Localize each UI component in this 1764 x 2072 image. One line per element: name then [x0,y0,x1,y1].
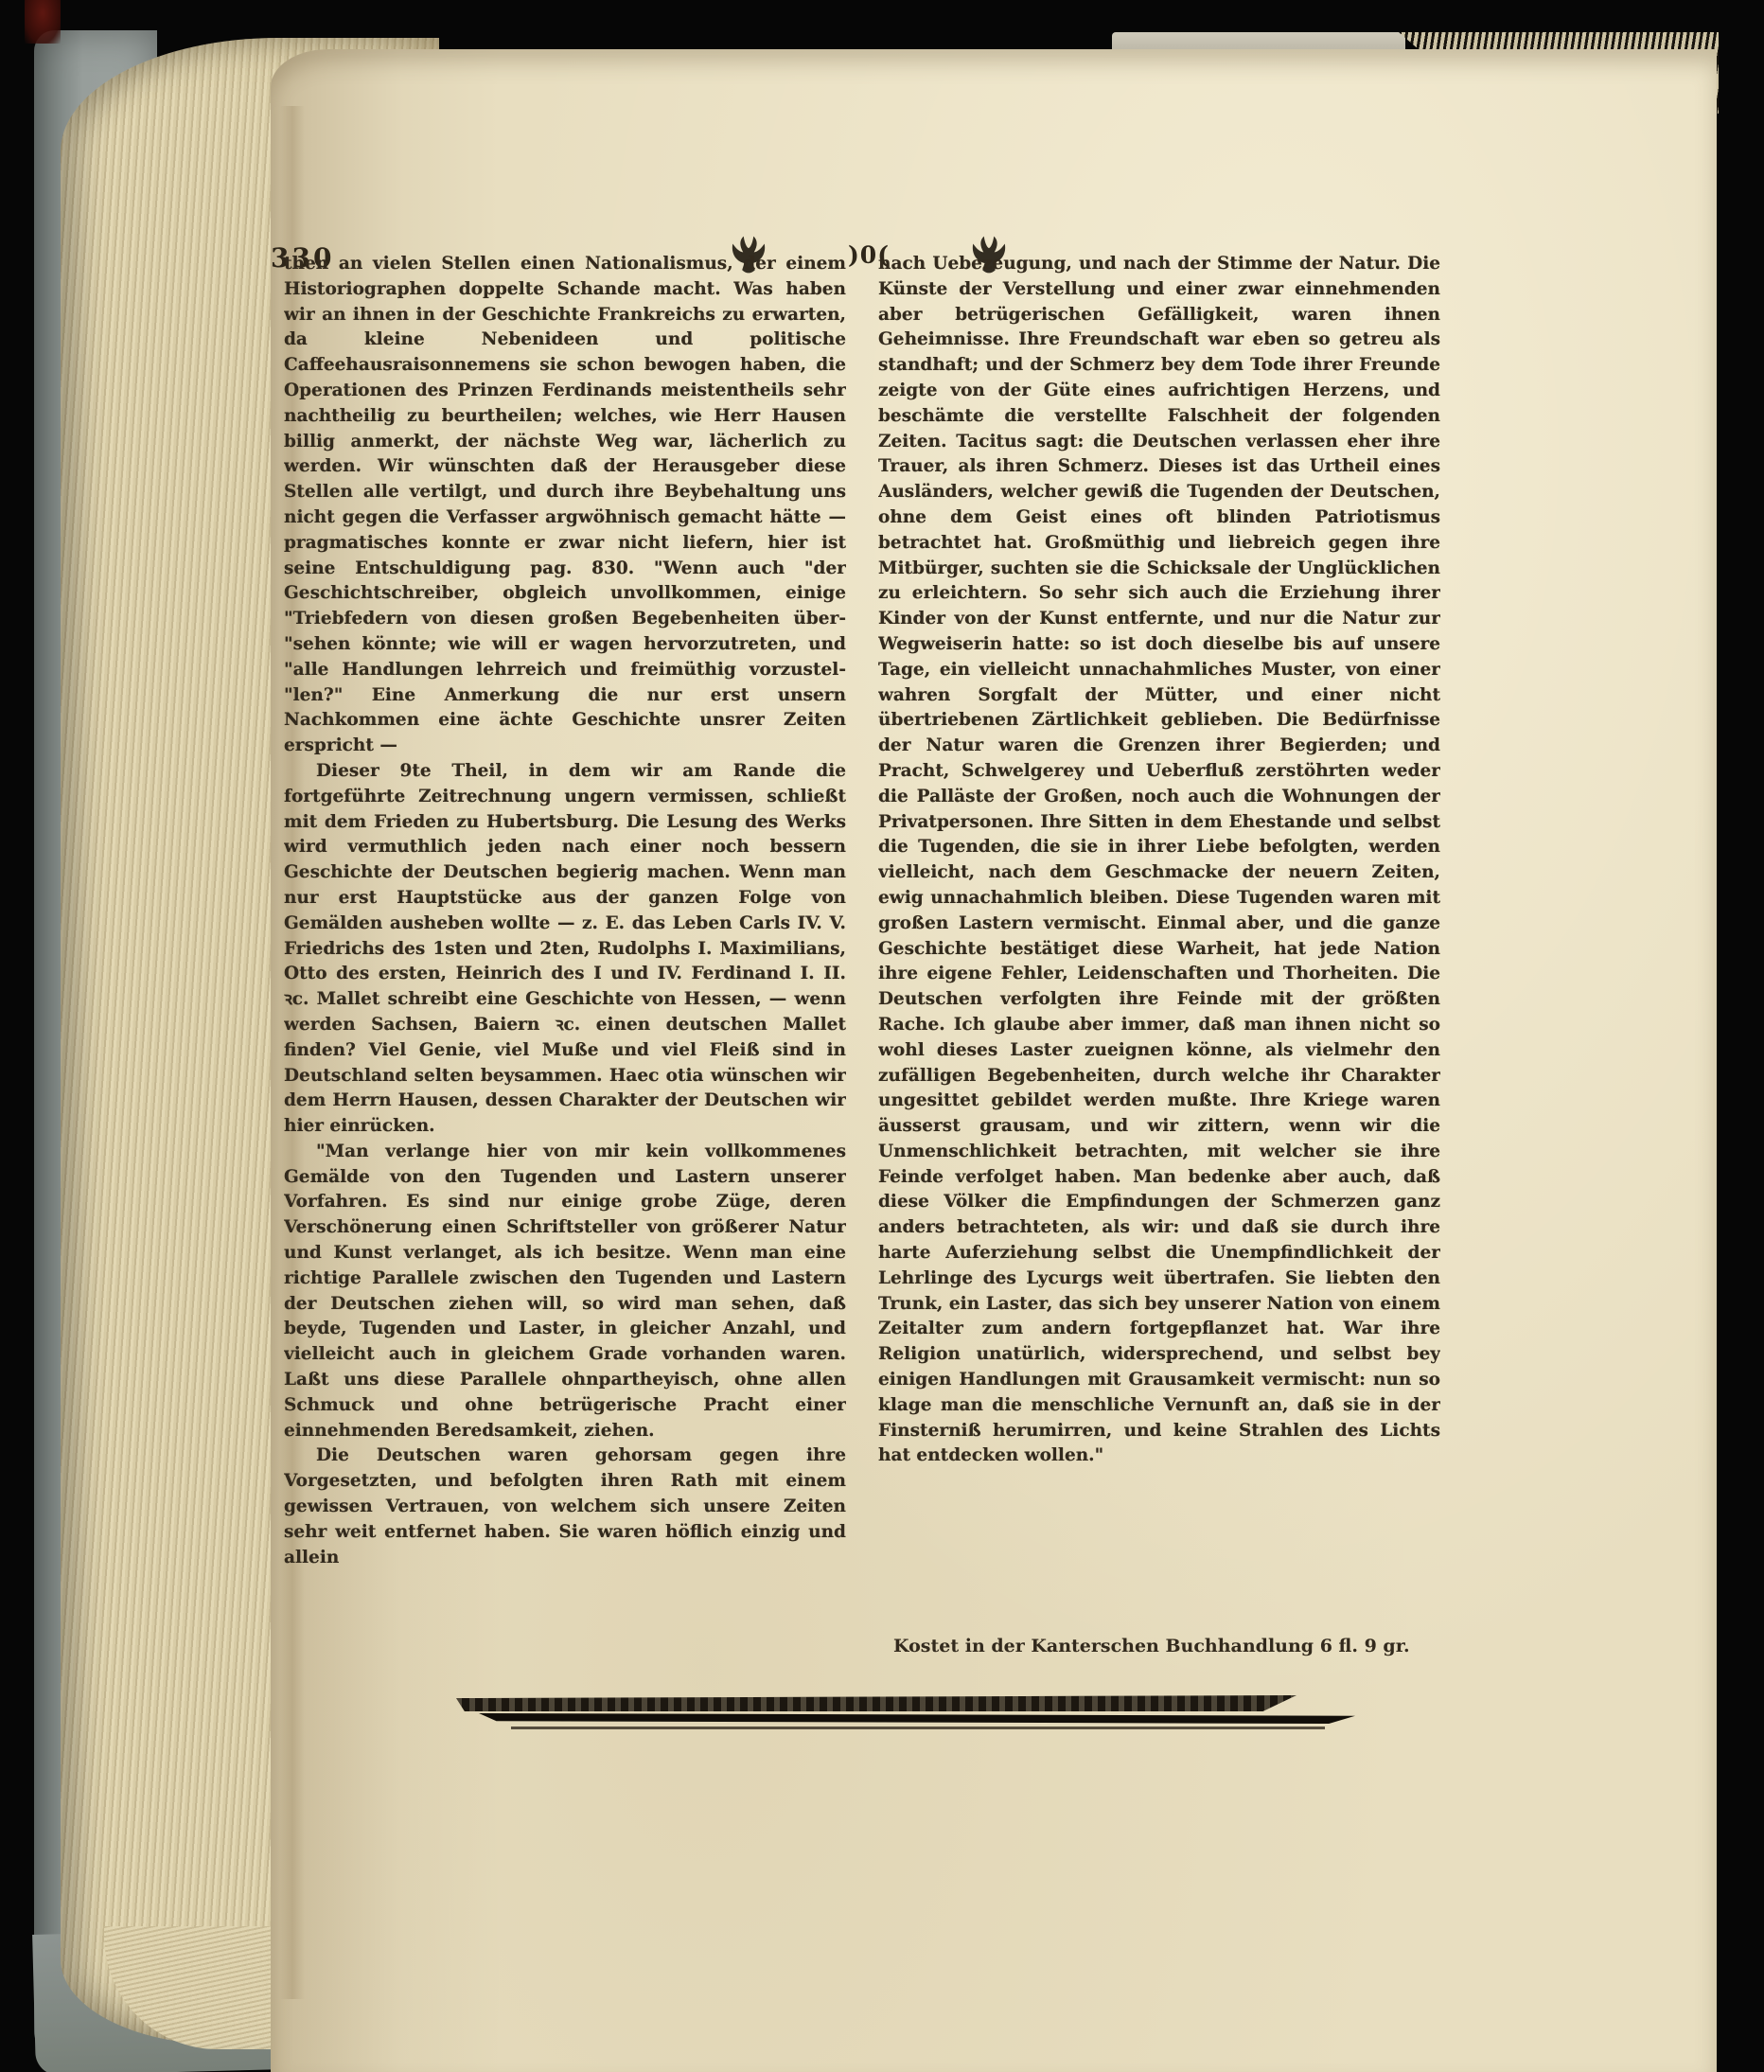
paragraph: nach Uebezeugung, und nach der Stimme de… [878,252,1440,1469]
paragraph: Die Deutschen waren gehorsam gegen ihre … [284,1443,846,1570]
text-column-right: nach Uebezeugung, und nach der Stimme de… [878,252,1440,1626]
book-scan: 330 )0( then an vielen Stellen einen Nat… [0,0,1764,2072]
ink-smudge [25,0,61,44]
text-column-left: then an vielen Stellen einen Nationalism… [284,252,846,1672]
price-line: Kostet in der Kanterschen Buchhandlung 6… [893,1636,1442,1656]
paragraph: then an vielen Stellen einen Nationalism… [284,252,846,759]
bottom-rule-thin [511,1727,1325,1729]
paragraph: "Man verlange hier von mir kein vollkomm… [284,1140,846,1444]
paragraph: Dieser 9te Theil, in dem wir am Rande di… [284,759,846,1140]
